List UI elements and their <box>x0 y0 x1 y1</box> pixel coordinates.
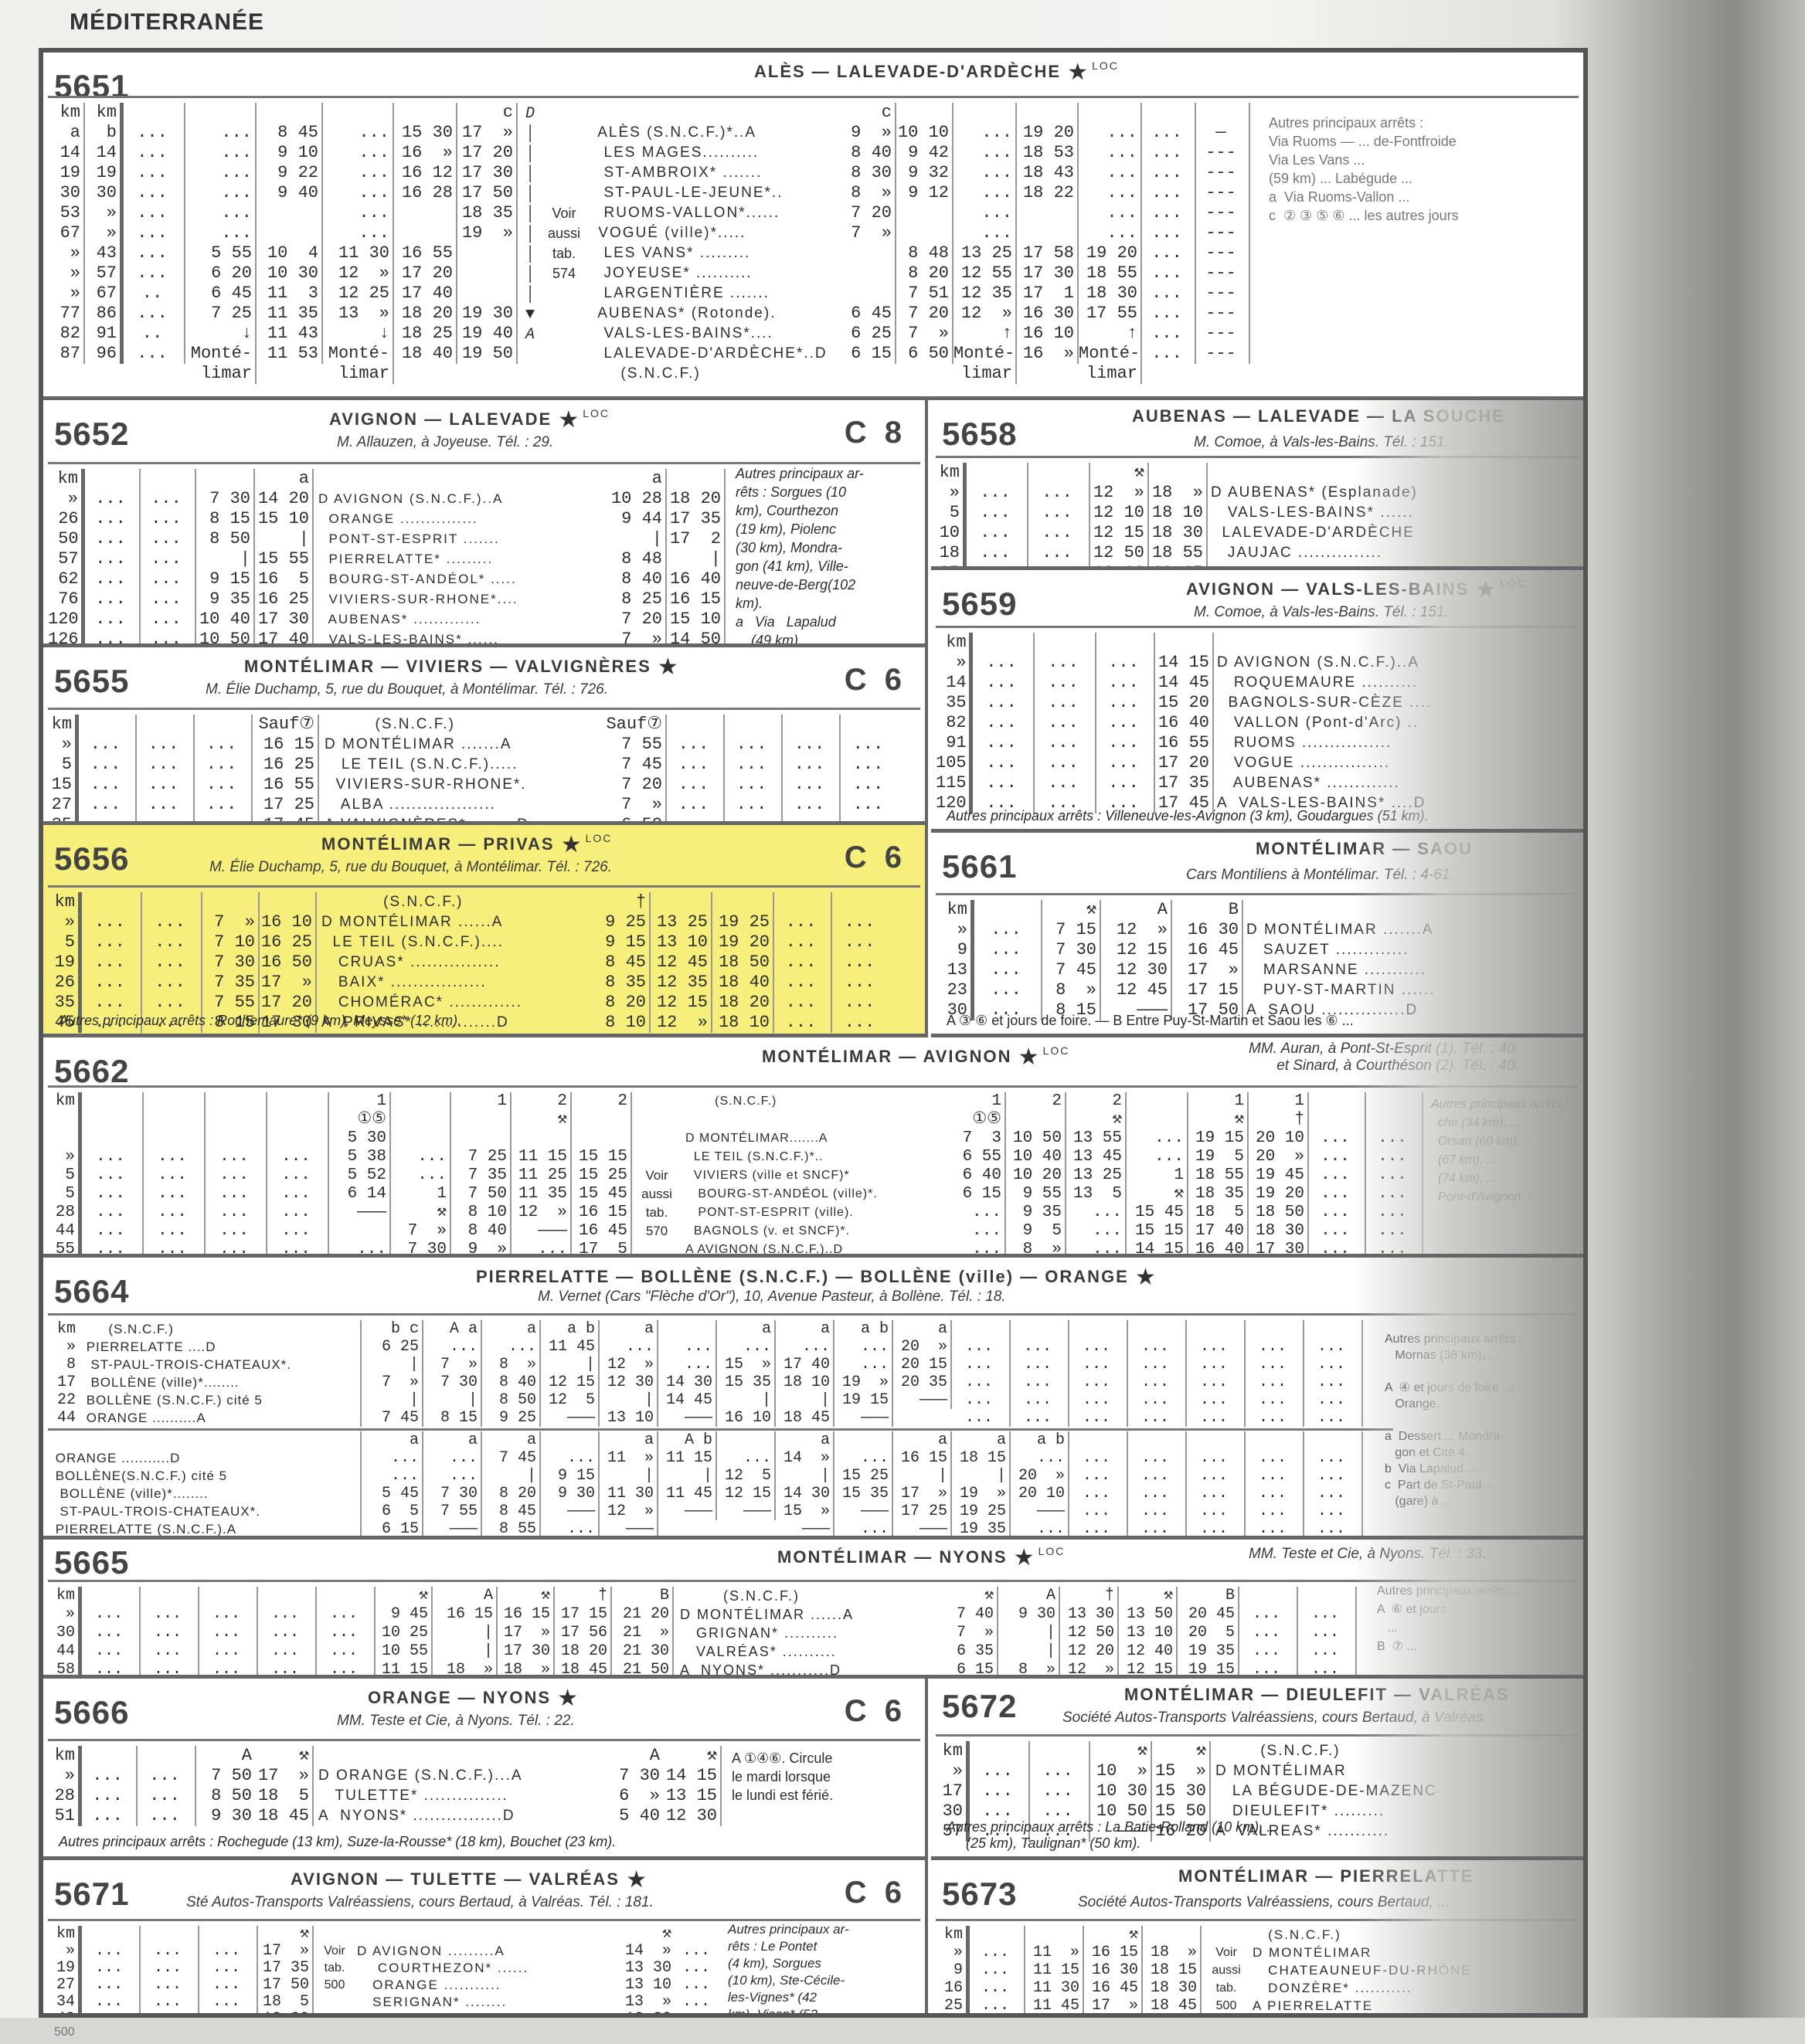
route-name: MONTÉLIMAR — AVIGNON <box>762 1047 1012 1066</box>
time-column: 1 ⚒ 19 15 19 5 18 55 18 35 18 5 17 40 16… <box>1188 1092 1249 1258</box>
loc-label: LOC <box>583 407 610 419</box>
star-icon: ★ <box>1067 59 1089 85</box>
loc-label: LOC <box>1038 1545 1066 1557</box>
time-column: ... ... ... ... ... <box>974 900 1042 1020</box>
timetable-grid: km » 5 10 18 25 ... ... ... ... ... ... … <box>936 456 1579 570</box>
time-column: 19 25 19 20 18 50 18 40 18 20 18 10 <box>712 892 774 1033</box>
time-column: ... ... ... ... ... ... 11 30 12 » 12 25… <box>323 103 394 384</box>
star-icon: ★ <box>561 832 583 857</box>
table-title: ORANGE — NYONS ★ <box>368 1685 580 1712</box>
time-column: ... ... ... ... ... <box>1028 463 1090 570</box>
time-column: 1 7 25 7 35 7 50 8 10 8 40 9 » 10 » <box>451 1092 512 1258</box>
other-stops-note: Autres principaux arrêts : Villeneuve-le… <box>947 808 1429 824</box>
time-column: ... ... ... ... ... <box>1187 1431 1246 1538</box>
timetable-grid: km » 5 15 27 35 ... ... ... ... ... ... … <box>48 708 920 825</box>
time-column: ... ... ... ... ... <box>1304 1431 1363 1538</box>
time-column: Sauf⑦ 16 15 16 25 16 55 17 25 17 45 <box>253 715 319 825</box>
footnote: A ③ ⑥ et jours de foire. — B Entre Puy-S… <box>947 1013 1354 1029</box>
table-title: MONTÉLIMAR — DIEULEFIT — VALRÉAS <box>1124 1685 1510 1705</box>
station-list: D AVIGNON .........A COURTHEZON* ...... … <box>357 1926 604 2013</box>
time-column: ... ... ... ... ... <box>1069 1431 1128 1538</box>
class-code: C 8 <box>845 416 906 450</box>
route-notes: Autres principaux arrêts ... A ⑥ et jour… <box>1377 1582 1521 1656</box>
station-list: D AUBENAS* (Esplanade) VALS-LES-BAINS* .… <box>1211 463 1489 570</box>
km-column-b: km b 14 19 30 » » 43 57 67 86 91 96 <box>85 103 124 364</box>
time-column: ... ... ... ... ... <box>952 1320 1011 1427</box>
time-column: ⚒ 13 50 13 10 12 40 12 15 <box>1119 1587 1178 1679</box>
time-column: 2 10 50 10 40 10 20 9 55 9 35 9 5 8 » <box>1006 1092 1066 1258</box>
time-column: ... ... ... ... ... <box>1304 1320 1363 1427</box>
time-column: ... ... ... <box>138 1746 196 1826</box>
operator-info: M. Comoe, à Vals-les-Bains. Tél. : 151. <box>1194 434 1449 451</box>
time-column: ... ... ... ... ... ... ... <box>1366 1092 1423 1258</box>
time-column: ... ... ... ... ... ... ... <box>144 1092 206 1258</box>
time-column: ... ... 1 ⚒ 15 45 15 15 14 15 <box>1127 1092 1188 1258</box>
time-column: 13 25 13 10 12 45 12 35 12 15 12 » <box>651 892 712 1033</box>
time-column: B 20 45 20 5 19 35 19 15 <box>1178 1587 1239 1679</box>
time-column: ... ... ... ... ... ... <box>82 892 142 1033</box>
class-code: C 6 <box>845 840 906 875</box>
other-stops-note: Autres principaux arrêts : Rochegude (13… <box>59 1834 616 1850</box>
time-column: a 14 » | 14 30 15 » ——— <box>776 1431 835 1538</box>
time-column: ... ... ... ... <box>82 1587 141 1679</box>
class-code: C 6 <box>845 1876 906 1910</box>
time-column: ... ... ... ... ... ... ... ... <box>1035 633 1096 813</box>
time-column: a b ... 20 » 20 10 ——— ... <box>1011 1431 1069 1538</box>
see-also-note: Voir tab. 500 <box>317 1926 355 1994</box>
star-icon: ★ <box>1475 577 1497 603</box>
page-number: 500 <box>54 2025 75 2039</box>
table-title: AVIGNON — LALEVADE ★LOC <box>329 406 610 433</box>
table-number: 5662 <box>54 1053 129 1090</box>
table-title: MONTÉLIMAR — VIVIERS — VALVIGNÈRES ★ <box>244 654 680 681</box>
time-column: 18 » 18 10 18 30 18 55 19 15 <box>1149 463 1208 570</box>
km-column: km » 5 15 27 35 <box>48 715 79 825</box>
operator-info: MM. Teste et Cie, à Nyons. Tél. : 22. <box>337 1713 575 1730</box>
table-title: MONTÉLIMAR — AVIGNON ★LOC <box>762 1044 1069 1071</box>
time-column: a ... 12 » 12 30 | 13 10 <box>600 1320 658 1427</box>
time-column: ... ... ... ... ... <box>1069 1320 1128 1427</box>
route-name: MONTÉLIMAR — PRIVAS <box>321 834 555 854</box>
timetable-frame: 5651 ALÈS — LALEVADE-D'ARDÈCHE ★LOC km a… <box>39 48 1588 2018</box>
time-column: ... ... ... ... ... <box>783 715 841 825</box>
time-column: ⚒ 12 » 12 10 12 15 12 50 13 10 <box>1090 463 1149 570</box>
time-column: ⚒ 16 15 17 » 17 30 18 » <box>498 1587 555 1679</box>
other-stops-note: Autres principaux arrêts : La Batie-Roll… <box>947 1819 1278 1852</box>
time-column: ... ... ... ... ... <box>1246 1320 1304 1427</box>
time-column: a ... ... 7 30 7 55 ——— <box>423 1431 482 1538</box>
km-column: km » 14 35 82 91 105 115 120 <box>936 633 973 813</box>
table-number: 5672 <box>942 1688 1017 1725</box>
operator-info: Société Autos-Transports Valréassiens, c… <box>1062 1710 1487 1727</box>
time-column: 7 » 7 10 7 30 7 35 7 55 8 15 <box>202 892 260 1033</box>
time-column: ... ... ... ... ... ... ... <box>267 1092 329 1258</box>
timetable-grid: km » 9 16 25 ... ... ... ... 11 » 11 15 … <box>936 1919 1579 2013</box>
time-column: a 10 28 9 44 | 8 48 8 40 8 25 7 20 7 » 6… <box>608 469 667 647</box>
station-list: D MONTÉLIMAR .......A SAUZET ...........… <box>1246 900 1509 1020</box>
table-5671: 5671 AVIGNON — TULETTE — VALRÉAS ★ Sté A… <box>43 1860 928 2013</box>
timetable-grid: km » 14 35 82 91 105 115 120 ... ... ...… <box>936 626 1579 806</box>
station-list-outbound: (S.N.C.F.) PIERRELATTE ....D ST-PAUL-TRO… <box>82 1320 362 1427</box>
time-column: ... ... ... ... ... <box>137 715 195 825</box>
time-column: ... ... ... ... ... ... <box>675 1926 721 2013</box>
route-notes: Autres principaux ar- rêts : Le Pontet (… <box>728 1921 849 2013</box>
time-column: a 11 » | 11 30 12 » ——— <box>600 1431 658 1538</box>
time-column: ... ... ... ... ... ... <box>774 892 832 1033</box>
time-column: ... ... ... ... ... ... ... ... .. ... .… <box>124 103 185 364</box>
time-column: A 7 30 6 » 5 40 <box>604 1746 663 1826</box>
star-icon: ★ <box>558 407 580 433</box>
time-column: 10 10 9 42 9 32 9 12 8 48 8 20 7 51 7 20… <box>896 103 953 364</box>
divider <box>48 1428 1393 1431</box>
time-column: a ... ... 5 45 6 5 6 15 <box>365 1431 423 1538</box>
time-column: ⚒ 17 » 17 35 17 50 18 5 18 30 19 » <box>258 1926 314 2013</box>
time-column: 2 15 15 15 25 15 45 16 15 16 45 17 5 18 … <box>572 1092 632 1258</box>
timetable-page: MÉDITERRANÉE 5651 ALÈS — LALEVADE-D'ARDÈ… <box>0 0 1805 2044</box>
loc-label: LOC <box>586 832 613 844</box>
loc-label: LOC <box>1043 1044 1070 1057</box>
time-column: † 17 15 17 56 18 20 18 45 <box>555 1587 612 1679</box>
class-code: C 6 <box>845 1694 906 1729</box>
table-number: 5659 <box>942 586 1017 623</box>
table-number: 5673 <box>942 1876 1017 1913</box>
time-column: ⚒ 17 » 18 5 18 45 <box>255 1746 314 1826</box>
table-5665: 5665 MONTÉLIMAR — NYONS ★LOC MM. Teste e… <box>43 1540 1583 1679</box>
km-column: km » 19 27 34 48 61 <box>48 1926 82 2013</box>
table-5659: 5659 AVIGNON — VALS-LES-BAINS ★LOC M. Co… <box>931 570 1583 833</box>
time-column: ... ... ... ... ... ... ... <box>1309 1092 1366 1258</box>
star-icon: ★ <box>1018 1044 1041 1070</box>
time-column: a 20 » 20 15 20 35 ——— <box>893 1320 952 1409</box>
time-column: ... ... ... ... ... ... 13 25 12 55 12 3… <box>953 103 1017 384</box>
table-5661: 5661 MONTÉLIMAR — SAOU Cars Montiliens à… <box>931 833 1583 1037</box>
time-column: 2 ⚒ 13 55 13 45 13 25 13 5 ... ... ... <box>1066 1092 1127 1258</box>
time-column: ... ... ... ... ... ... ... ... <box>973 633 1035 813</box>
time-column: ... ... ... ... ... ... <box>141 1926 199 2013</box>
km-column: km » 8 17 22 44 <box>48 1320 79 1427</box>
time-column: a 16 15 | 17 » 17 25 ——— <box>893 1431 952 1538</box>
table-5652: 5652 AVIGNON — LALEVADE ★LOC M. Allauzen… <box>43 400 928 647</box>
operator-info: M. Vernet (Cars "Flèche d'Or"), 10, Aven… <box>538 1289 1006 1306</box>
time-column: ... ... ... ... ... ... ... ... ... <box>85 469 141 647</box>
time-column: ... ... ... ... <box>199 1587 258 1679</box>
time-column: ... ... ... ... ... ... ... <box>206 1092 267 1258</box>
route-name: ALÈS — LALEVADE-D'ARDÈCHE <box>754 62 1061 81</box>
time-column: ... ... ... ... ... ... ... ... ... ... … <box>1142 103 1196 364</box>
time-column: A 16 15 | | 18 » <box>433 1587 498 1679</box>
time-column: ... ... ... ... <box>1298 1587 1357 1679</box>
route-name: ORANGE — NYONS <box>368 1688 551 1707</box>
direction-arrow-down: D │ │ │ │ │ │ │ │ │ ▼ A <box>525 104 535 345</box>
km-column: km » 30 44 58 <box>48 1587 82 1679</box>
time-column: ... ... ... ... ... <box>1128 1431 1187 1538</box>
km-column: km » 9 16 25 <box>936 1926 970 2013</box>
station-list: D AVIGNON (S.N.C.F.)..A ORANGE .........… <box>318 469 604 647</box>
time-column: ... 15 25 15 35 ——— ... <box>835 1431 893 1538</box>
star-icon: ★ <box>557 1686 580 1711</box>
time-column: B 21 20 21 » 21 30 21 50 <box>612 1587 674 1679</box>
time-column: ... ... 1 ⚒ 7 » 7 30 8 30 <box>391 1092 451 1258</box>
table-5662: 5662 MONTÉLIMAR — AVIGNON ★LOC MM. Auran… <box>43 1037 1583 1258</box>
table-title: MONTÉLIMAR — NYONS ★LOC <box>777 1544 1065 1571</box>
time-column: ⚒ 7 15 7 30 7 45 8 » 8 15 <box>1042 900 1101 1020</box>
time-column: A a ... 7 » 7 30 | 8 15 <box>423 1320 482 1427</box>
time-column: A 9 30 | | 8 » <box>998 1587 1060 1679</box>
time-column: a 14 20 15 10 | 15 55 16 5 16 25 17 30 1… <box>255 469 314 647</box>
table-number: 5655 <box>54 663 129 700</box>
time-column: ⚒ 14 » 13 30 13 10 13 » 12 30 12 5 <box>616 1926 675 2013</box>
time-column: 11 » 11 15 11 30 11 45 <box>1025 1926 1084 2013</box>
time-column: ... ... ... ... ... ... ... ... <box>1096 633 1155 813</box>
time-column: ... 9 15 9 30 ——— ... <box>541 1431 600 1538</box>
time-column: A 7 50 8 50 9 30 <box>196 1746 255 1826</box>
time-column: ... ... ... ... ... ... ... ... ... <box>141 469 196 647</box>
time-column: c 9 » 8 40 8 30 8 » 7 20 7 » 6 45 6 25 6… <box>836 103 896 364</box>
time-column: 18 20 17 35 17 2 | 16 40 16 15 15 10 14 … <box>667 469 726 647</box>
class-code: C 6 <box>845 663 906 698</box>
table-title: MONTÉLIMAR — SAOU <box>1256 839 1473 859</box>
station-list: ALÈS (S.N.C.F.)*..A LES MAGES.......... … <box>593 103 832 384</box>
timetable-grid: km » 5 19 26 35 45 ... ... ... ... ... .… <box>48 885 920 1019</box>
km-column: km » 9 13 23 30 <box>936 900 974 1020</box>
region-title: MÉDITERRANÉE <box>70 9 264 36</box>
operator-info: M. Élie Duchamp, 5, rue du Bouquet, à Mo… <box>206 681 608 698</box>
time-column: ... ... ... ... ... <box>1187 1320 1246 1427</box>
time-column: 19 20 18 53 18 43 18 22 17 58 17 30 17 1… <box>1017 103 1079 364</box>
operator-info: MM. Teste et Cie, à Nyons. Tél. : 33. <box>1249 1546 1487 1563</box>
time-column: ... ... ... ... ... <box>725 715 783 825</box>
route-name: AVIGNON — VALS-LES-BAINS <box>1186 579 1469 599</box>
star-icon: ★ <box>626 1867 648 1893</box>
time-column: ... ... ... ... ... ... <box>82 1926 141 2013</box>
star-icon: ★ <box>658 654 680 680</box>
table-5664: 5664 PIERRELATTE — BOLLÈNE (S.N.C.F.) — … <box>43 1258 1583 1540</box>
time-column: ... ... 14 30 14 45 ——— <box>658 1320 717 1427</box>
time-column: ... ... ... ... ... ... <box>199 1926 258 2013</box>
table-title: AUBENAS — LALEVADE — LA SOUCHE <box>1132 406 1505 426</box>
loc-label: LOC <box>1092 59 1119 72</box>
station-list: D ORANGE (S.N.C.F.)...A TULETTE* .......… <box>318 1746 597 1826</box>
time-column: ... ... ... ... <box>1239 1587 1298 1679</box>
time-column: 14 15 14 45 15 20 16 40 16 55 17 20 17 3… <box>1155 633 1214 813</box>
operator-info: M. Élie Duchamp, 5, rue du Bouquet, à Mo… <box>209 859 612 876</box>
loc-label: LOC <box>1500 577 1527 589</box>
table-number: 5666 <box>54 1694 129 1731</box>
time-column: a b 11 45 | 12 15 12 5 ——— <box>541 1320 600 1427</box>
time-column: a b ... ... 19 » 19 15 ——— <box>835 1320 893 1427</box>
operator-info: Sté Autos-Transports Valréassiens, cours… <box>186 1894 654 1911</box>
route-name: AVIGNON — LALEVADE <box>329 409 552 429</box>
time-column: a 7 45 | 8 20 8 45 8 55 <box>482 1431 541 1538</box>
time-column: 1 † 20 10 20 » 19 45 19 20 18 50 18 30 1… <box>1249 1092 1309 1258</box>
time-column: 7 30 8 15 8 50 | 9 15 9 35 10 40 10 50 1… <box>196 469 255 647</box>
time-column: ... ... ... ... ... <box>967 463 1028 570</box>
table-title: MONTÉLIMAR — PIERRELATTE <box>1178 1866 1474 1886</box>
route-notes: Autres principaux ar- rêts : Sorgues (10… <box>736 464 864 647</box>
table-5655: 5655 MONTÉLIMAR — VIVIERS — VALVIGNÈRES … <box>43 647 928 825</box>
route-notes: Autres principaux arrêts : ... che (34 k… <box>1431 1095 1582 1207</box>
table-title: PIERRELATTE — BOLLÈNE (S.N.C.F.) — BOLLÈ… <box>476 1264 1157 1291</box>
time-column: a ... 15 » 15 35 | 16 10 <box>717 1320 776 1427</box>
station-list: (S.N.C.F.) D MONTÉLIMAR .......A LE TEIL… <box>325 715 595 825</box>
table-5666: 5666 ORANGE — NYONS ★ MM. Teste et Cie, … <box>43 1679 928 1860</box>
time-column: ... ... ... ... ... <box>79 715 137 825</box>
time-column: ... ... ... ... ... <box>667 715 725 825</box>
time-column: ... ... ... ... ... <box>1128 1320 1187 1427</box>
time-column: ⚒ 16 15 16 30 16 45 17 » <box>1084 1926 1143 2013</box>
timetable-grid: km » 8 17 22 44 (S.N.C.F.) PIERRELATTE .… <box>48 1313 1579 1540</box>
timetable-grid: km » 19 27 34 48 61 ... ... ... ... ... … <box>48 1919 920 2013</box>
time-column: ... ... ... ... <box>141 1587 199 1679</box>
time-column: ... ... ... ... ... ... ... <box>82 1092 144 1258</box>
timetable-grid: km a 14 19 30 53 67 » » » 77 82 87 km b … <box>48 96 1579 392</box>
star-icon: ★ <box>1135 1265 1157 1290</box>
time-column: ... ... ... ... ... ... 5 55 6 20 6 45 7… <box>185 103 257 384</box>
time-column: ... ... ... ... ... <box>1011 1320 1069 1427</box>
km-column-a: km a 14 19 30 53 67 » » » 77 82 87 <box>48 103 85 364</box>
timetable-grid: km » 17 30 57 ... ... ... ... ... ... ..… <box>936 1734 1579 1829</box>
table-number: 5661 <box>942 848 1017 885</box>
route-notes: A ①④⑥. Circule le mardi lorsque le lundi… <box>732 1749 833 1805</box>
time-column: ... ... ... ... ... <box>195 715 253 825</box>
time-column: ... ... ... ... ... <box>841 715 899 825</box>
time-column: ... ... ... ... ... ... <box>832 892 890 1033</box>
table-5673: 5673 MONTÉLIMAR — PIERRELATTE Société Au… <box>931 1860 1583 2013</box>
table-5658: 5658 AUBENAS — LALEVADE — LA SOUCHE M. C… <box>931 400 1583 570</box>
km-column: km » 28 51 <box>48 1746 82 1826</box>
time-column: b c 6 25 | 7 » | 7 45 <box>365 1320 423 1427</box>
time-column: a ... 17 40 18 10 | 18 45 <box>776 1320 835 1427</box>
time-column: ⚒ 7 40 7 » 6 35 6 15 <box>940 1587 998 1679</box>
time-column: ... ... ... ... ... ... 19 20 18 55 18 3… <box>1079 103 1142 384</box>
table-number: 5652 <box>54 416 129 453</box>
operator-info: M. Comoe, à Vals-les-Bains. Tél. : 151. <box>1194 604 1449 621</box>
table-5651: 5651 ALÈS — LALEVADE-D'ARDÈCHE ★LOC km a… <box>43 53 1583 400</box>
time-column: ... ... ... ... <box>317 1587 376 1679</box>
time-column: 8 45 9 10 9 22 9 40 10 4 10 30 11 3 11 3… <box>257 103 323 364</box>
table-title: AVIGNON — TULETTE — VALRÉAS ★ <box>291 1866 648 1893</box>
table-5672: 5672 MONTÉLIMAR — DIEULEFIT — VALRÉAS So… <box>931 1679 1583 1860</box>
timetable-grid: km » 5 5 28 44 55 87 ... ... ... ... ...… <box>48 1085 1579 1258</box>
timetable-grid: km » 30 44 58 ... ... ... ... ... ... ..… <box>48 1580 1579 1679</box>
time-column: ... ... ... <box>82 1746 138 1826</box>
time-column: ... ... ... ... ... ... <box>142 892 202 1033</box>
table-number: 5671 <box>54 1876 129 1913</box>
km-column: km » 26 50 57 62 76 120 126 130 <box>48 469 85 647</box>
km-column: km » 5 10 18 25 <box>936 463 967 570</box>
time-column: A b 11 15 | 11 45 ——— <box>658 1431 717 1520</box>
table-title: MONTÉLIMAR — PRIVAS ★LOC <box>321 831 612 858</box>
time-column: ⚒ 9 45 10 25 10 55 11 15 <box>376 1587 433 1679</box>
time-column: ⚒ 14 15 13 15 12 30 <box>663 1746 722 1826</box>
table-number: 5658 <box>942 416 1017 453</box>
km-column: km » 5 19 26 35 45 <box>48 892 82 1033</box>
table-number: 5664 <box>54 1273 129 1310</box>
time-column: ... ... ... ... <box>970 1926 1025 2013</box>
time-column: † 9 25 9 15 8 45 8 35 8 20 8 10 <box>589 892 651 1033</box>
route-name: MONTÉLIMAR — VIVIERS — VALVIGNÈRES <box>244 657 651 676</box>
time-column: a 18 15 | 19 » 19 25 19 35 <box>952 1431 1011 1538</box>
table-title: AVIGNON — VALS-LES-BAINS ★LOC <box>1186 576 1527 603</box>
time-column: † 13 30 12 50 12 20 12 » <box>1060 1587 1119 1679</box>
time-column: c 17 » 17 20 17 30 17 50 18 35 19 » 19 3… <box>457 103 518 364</box>
route-name: MONTÉLIMAR — NYONS <box>777 1547 1008 1567</box>
station-list: (S.N.C.F.) D MONTÉLIMAR ......A GRIGNAN*… <box>680 1587 935 1679</box>
route-name: AVIGNON — TULETTE — VALRÉAS <box>291 1869 620 1889</box>
station-list: (S.N.C.F.) D MONTÉLIMAR.......A LE TEIL … <box>685 1092 940 1258</box>
station-list: D AVIGNON (S.N.C.F.)..A ROQUEMAURE .....… <box>1217 633 1495 813</box>
route-notes: Autres principaux arrêts : Via Ruoms — .… <box>1269 114 1459 225</box>
table-title: ALÈS — LALEVADE-D'ARDÈCHE ★LOC <box>754 59 1119 86</box>
timetable-grid: km » 9 13 23 30 ... ... ... ... ... ⚒ 7 … <box>936 893 1579 1003</box>
star-icon: ★ <box>1014 1545 1036 1570</box>
time-column: ... ... ... ... ... <box>1246 1431 1304 1538</box>
time-column: A 12 » 12 15 12 30 12 45 ——— <box>1101 900 1172 1020</box>
route-name: PIERRELATTE — BOLLÈNE (S.N.C.F.) — BOLLÈ… <box>476 1267 1129 1286</box>
operator-info: MM. Auran, à Pont-St-Esprit (1). Tél. : … <box>1249 1041 1519 1075</box>
time-column: 15 30 16 » 16 12 16 28 16 55 17 20 17 40… <box>394 103 457 364</box>
time-column: — --- --- --- --- --- --- --- --- --- --… <box>1196 103 1250 364</box>
time-column: ... 12 5 12 15 ——— <box>717 1431 776 1520</box>
table-number: 5656 <box>54 840 129 878</box>
time-column: a ... 8 » 8 40 8 50 9 25 <box>482 1320 541 1427</box>
timetable-grid: km » 26 50 57 62 76 120 126 130 ... ... … <box>48 462 920 642</box>
see-also-note: Voir aussi tab. 500 <box>1206 1926 1249 2013</box>
time-column: ... ... ... ... <box>258 1587 317 1679</box>
page-bottom-margin: 500 <box>0 2018 1805 2044</box>
km-column: km » 5 5 28 44 55 87 <box>48 1092 82 1258</box>
time-column: 16 10 16 25 16 50 17 » 17 20 17 30 <box>260 892 317 1033</box>
time-column: B 16 30 16 45 17 » 17 15 17 50 <box>1172 900 1243 1020</box>
station-list-return: ORANGE ...........D BOLLÈNE(S.N.C.F.) ci… <box>51 1431 362 1538</box>
time-column: 1 ①⑤ 7 3 6 55 6 40 6 15 ... ... ... <box>944 1092 1006 1258</box>
station-list: (S.N.C.F.) D MONTÉLIMAR CHATEAUNEUF-DU-R… <box>1253 1926 1484 2013</box>
timetable-grid: km » 28 51 ... ... ... ... ... ... A 7 5… <box>48 1739 920 1826</box>
see-also-note: Voir aussi tab. 570 <box>635 1092 682 1241</box>
time-column: Sauf⑦ 7 55 7 45 7 20 7 » 6 50 <box>600 715 667 825</box>
table-5656-highlighted: 5656 MONTÉLIMAR — PRIVAS ★LOC M. Élie Du… <box>43 825 928 1037</box>
time-column: 18 » 18 15 18 30 18 45 <box>1143 1926 1202 2013</box>
operator-info: Société Autos-Transports Valréassiens, c… <box>1078 1894 1450 1911</box>
table-number: 5665 <box>54 1544 129 1581</box>
operator-info: M. Allauzen, à Joyeuse. Tél. : 29. <box>337 434 553 451</box>
time-column: 2 ⚒ 11 15 11 25 11 35 12 » ——— ... ... <box>512 1092 572 1258</box>
route-notes: Autres principaux arrêts : Mornas (38 km… <box>1385 1331 1522 1509</box>
operator-info: Cars Montiliens à Montélimar. Tél. : 4-6… <box>1186 867 1454 884</box>
other-stops-note: Autres principaux arrêts : Rochemaure* (… <box>59 1013 461 1029</box>
see-also-note: Voir aussi tab. 574 <box>542 103 589 284</box>
station-list: (S.N.C.F.) D MONTÉLIMAR ......A LE TEIL … <box>321 892 584 1033</box>
time-column: 1 ①⑤ 5 30 5 38 5 52 6 14 ——— ... ... <box>329 1092 391 1258</box>
